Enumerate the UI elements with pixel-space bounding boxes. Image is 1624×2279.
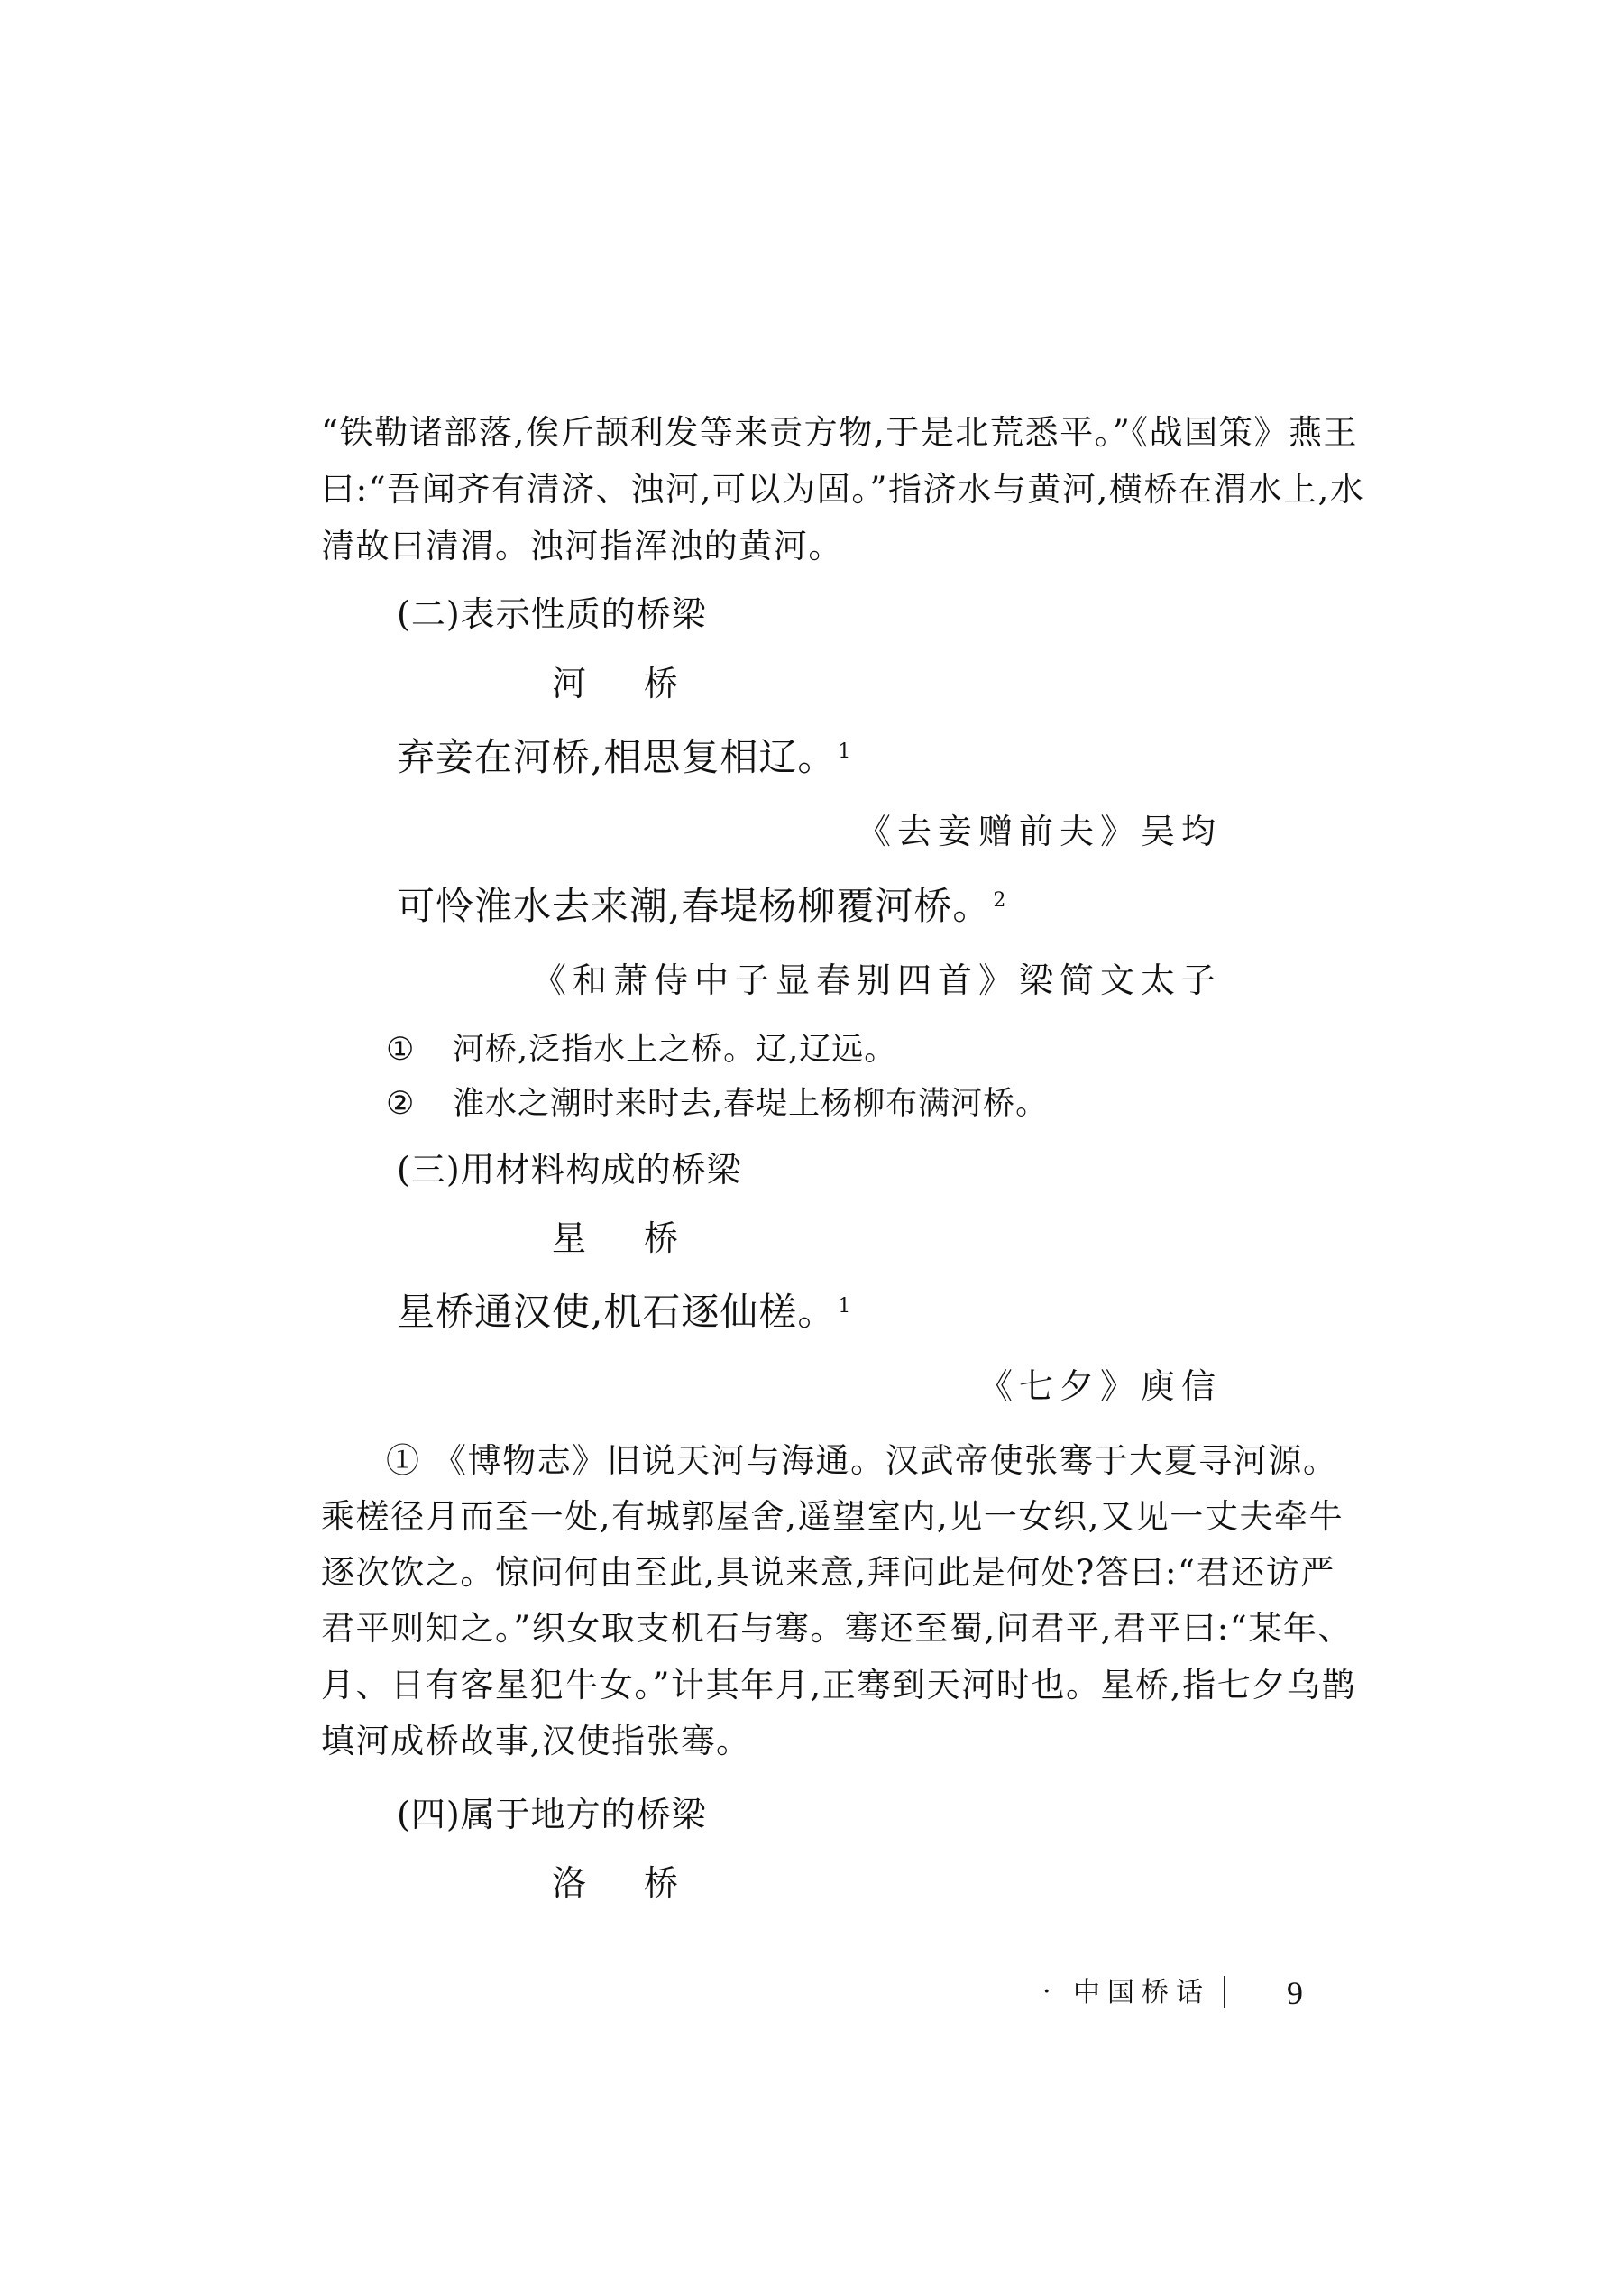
entry-char: 河 bbox=[552, 664, 586, 703]
entry-title: 洛桥 bbox=[552, 1864, 678, 1902]
footnote-text: 淮水之潮时来时去,春堤上杨柳布满河桥。 bbox=[453, 1086, 1048, 1122]
poem-line: 可怜淮水去来潮,春堤杨柳覆河桥。2 bbox=[397, 886, 1005, 927]
entry-title: 星桥 bbox=[552, 1219, 678, 1257]
poem-text: 弃妾在河桥,相思复相辽。 bbox=[397, 735, 836, 779]
intro-line-2: 曰:“吾闻齐有清济、浊河,可以为固。”指济水与黄河,横桥在渭水上,水 bbox=[321, 472, 1364, 508]
entry-char: 洛 bbox=[552, 1863, 586, 1903]
page-number: 9 bbox=[1287, 1977, 1303, 2009]
running-title: 中国桥话 bbox=[1073, 1978, 1210, 2008]
poem-text: 可怜淮水去来潮,春堤杨柳覆河桥。 bbox=[397, 884, 991, 928]
section-heading: (四)属于地方的桥梁 bbox=[397, 1796, 707, 1833]
entry-title: 河桥 bbox=[552, 665, 678, 703]
note-line-2: 乘槎径月而至一处,有城郭屋舍,遥望室内,见一女织,又见一丈夫牵牛 bbox=[321, 1499, 1344, 1535]
footnote-marker: ① bbox=[386, 1032, 453, 1068]
intro-line-3: 清故曰清渭。浊河指浑浊的黄河。 bbox=[321, 528, 843, 565]
note-line-3: 逐次饮之。惊问何由至此,具说来意,拜问此是何处?答曰:“君还访严 bbox=[321, 1555, 1335, 1591]
footnote-text: 河桥,泛指水上之桥。辽,辽远。 bbox=[453, 1032, 896, 1068]
note-ref: 1 bbox=[838, 1295, 850, 1318]
entry-char: 桥 bbox=[644, 1218, 678, 1258]
intro-line-1: “铁勒诸部落,俟斤颉利发等来贡方物,于是北荒悉平。”《战国策》燕王 bbox=[321, 415, 1358, 451]
poem-line: 弃妾在河桥,相思复相辽。1 bbox=[397, 737, 850, 778]
note-line-6: 填河成桥故事,汉使指张骞。 bbox=[321, 1723, 751, 1760]
poem-attribution: 《去妾赠前夫》吴均 bbox=[857, 813, 1222, 850]
note-ref: 1 bbox=[838, 740, 850, 763]
poem-attribution: 《和萧侍中子显春别四首》梁简文太子 bbox=[532, 961, 1222, 999]
section-heading: (三)用材料构成的桥梁 bbox=[397, 1151, 742, 1189]
entry-char: 星 bbox=[552, 1218, 586, 1258]
entry-char: 桥 bbox=[644, 664, 678, 703]
section-heading: (二)表示性质的桥梁 bbox=[397, 595, 707, 633]
poem-text: 星桥通汉使,机石逐仙槎。 bbox=[397, 1290, 836, 1334]
footer-divider bbox=[1224, 1976, 1225, 2008]
footnote-marker: ② bbox=[386, 1086, 453, 1122]
entry-char: 桥 bbox=[644, 1863, 678, 1903]
note-line-4: 君平则知之。”织女取支机石与骞。骞还至蜀,问君平,君平曰:“某年、 bbox=[321, 1611, 1353, 1647]
note-ref: 2 bbox=[993, 889, 1005, 912]
footnote: ②淮水之潮时来时去,春堤上杨柳布满河桥。 bbox=[386, 1086, 1048, 1122]
note-line-1: ① 《博物志》旧说天河与海通。汉武帝使张骞于大夏寻河源。 bbox=[386, 1443, 1338, 1479]
poem-line: 星桥通汉使,机石逐仙槎。1 bbox=[397, 1291, 850, 1333]
note-line-5: 月、日有客星犯牛女。”计其年月,正骞到天河时也。星桥,指七夕乌鹊 bbox=[321, 1668, 1356, 1704]
footer-dot: · bbox=[1042, 1977, 1051, 2008]
footnote: ①河桥,泛指水上之桥。辽,辽远。 bbox=[386, 1032, 896, 1068]
poem-attribution: 《七夕》庾信 bbox=[978, 1367, 1222, 1405]
